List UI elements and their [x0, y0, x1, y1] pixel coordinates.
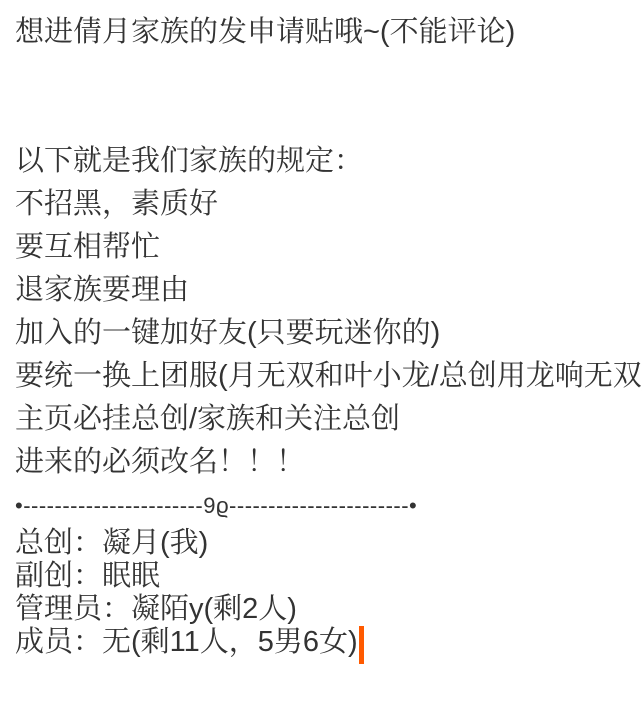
- rule-line: 加入的一键加好友(只要玩迷你的): [15, 312, 627, 355]
- rules-heading: 以下就是我们家族的规定：: [15, 140, 627, 183]
- rule-line: 不招黑，素质好: [15, 183, 627, 226]
- rule-line: 主页必挂总创/家族和关注总创: [15, 398, 627, 441]
- rule-line: 退家族要理由: [15, 269, 627, 312]
- post-body-top: 想进倩月家族的发申请贴哦~(不能评论) 以下就是我们家族的规定： 不招黑，素质好…: [15, 11, 627, 527]
- rule-line: 进来的必须改名！！！: [15, 441, 627, 484]
- roster-line-admin: 管理员：凝陌y(剩2人): [15, 593, 627, 626]
- text-cursor-caret: [359, 626, 364, 664]
- post-text-editor[interactable]: 想进倩月家族的发申请贴哦~(不能评论) 以下就是我们家族的规定： 不招黑，素质好…: [0, 0, 642, 726]
- rule-line: 要互相帮忙: [15, 226, 627, 269]
- roster-line-cofounder: 副创：眠眠: [15, 560, 627, 593]
- rule-line: 要统一换上团服(月无双和叶小龙/总创用龙响无双): [15, 355, 627, 398]
- roster-line-members: 成员：无(剩11人，5男6女): [15, 626, 627, 659]
- post-body-roster: 总创：凝月(我) 副创：眠眠 管理员：凝陌y(剩2人) 成员：无(剩11人，5男…: [15, 527, 627, 659]
- post-intro-line: 想进倩月家族的发申请贴哦~(不能评论): [15, 11, 627, 54]
- roster-members-text: 成员：无(剩11人，5男6女): [15, 626, 358, 658]
- roster-line-founder: 总创：凝月(我): [15, 527, 627, 560]
- decorative-divider-line: •-----------------------9ϱ--------------…: [15, 484, 627, 527]
